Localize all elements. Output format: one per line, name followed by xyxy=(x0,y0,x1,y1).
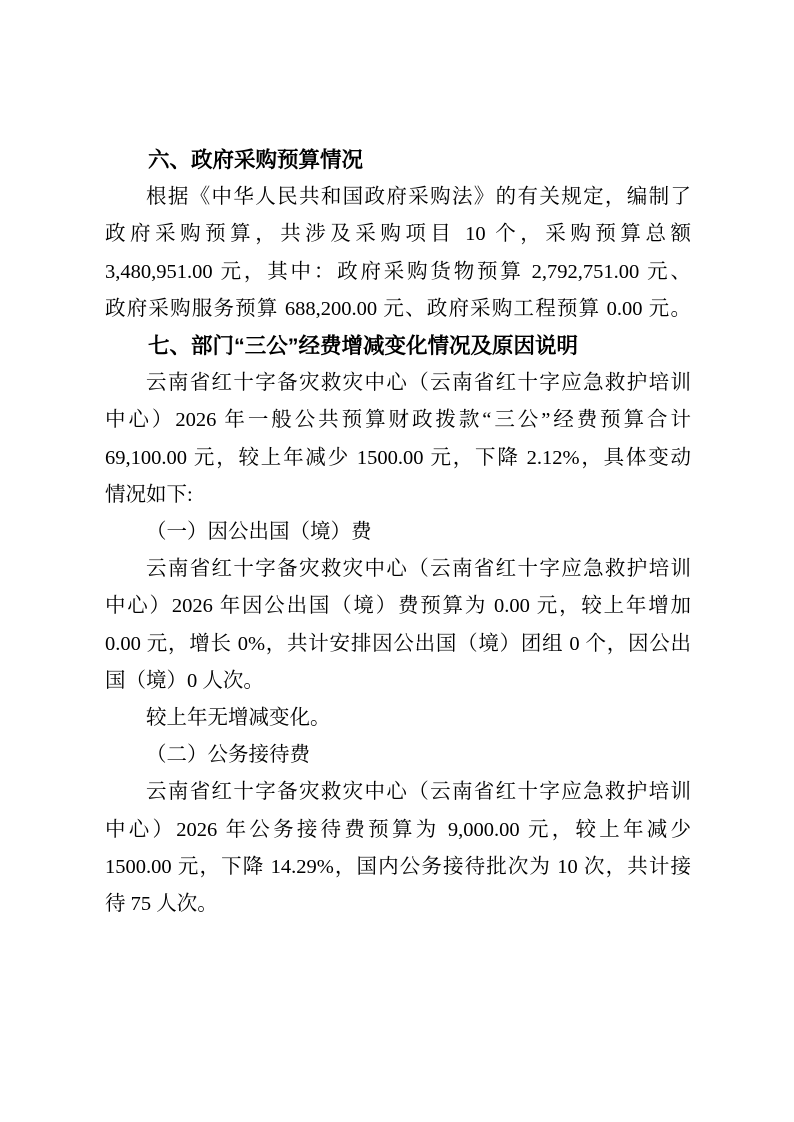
paragraph: 云南省红十字备灾救灾中心（云南省红十字应急救护培训 中心）2026 年公务接待费… xyxy=(105,774,691,923)
text-line: 待 75 人次。 xyxy=(105,886,691,923)
document-page: 六、政府采购预算情况 根据《中华人民共和国政府采购法》的有关规定，编制了 政府采… xyxy=(0,0,794,1122)
paragraph: 云南省红十字备灾救灾中心（云南省红十字应急救护培训 中心）2026 年因公出国（… xyxy=(105,551,691,700)
text-line: 云南省红十字备灾救灾中心（云南省红十字应急救护培训 xyxy=(105,551,691,588)
document-body: 六、政府采购预算情况 根据《中华人民共和国政府采购法》的有关规定，编制了 政府采… xyxy=(105,142,691,923)
section-7-heading: 七、部门“三公”经费增减变化情况及原因说明 xyxy=(105,328,691,365)
subsection-1-heading: （一）因公出国（境）费 xyxy=(105,514,691,551)
text-line: 根据《中华人民共和国政府采购法》的有关规定，编制了 xyxy=(105,179,691,216)
subsection-2-heading: （二）公务接待费 xyxy=(105,737,691,774)
text-line: 较上年无增减变化。 xyxy=(105,700,691,737)
text-line: 中心）2026 年因公出国（境）费预算为 0.00 元，较上年增加 xyxy=(105,588,691,625)
section-6-heading: 六、政府采购预算情况 xyxy=(105,142,691,179)
paragraph: 较上年无增减变化。 xyxy=(105,700,691,737)
text-line: 政府采购服务预算 688,200.00 元、政府采购工程预算 0.00 元。 xyxy=(105,291,691,328)
text-line: 1500.00 元，下降 14.29%，国内公务接待批次为 10 次，共计接 xyxy=(105,849,691,886)
text-line: 情况如下: xyxy=(105,477,691,514)
text-line: 云南省红十字备灾救灾中心（云南省红十字应急救护培训 xyxy=(105,365,691,402)
text-line: 政府采购预算，共涉及采购项目 10 个，采购预算总额 xyxy=(105,216,691,253)
text-line: 0.00 元，增长 0%，共计安排因公出国（境）团组 0 个，因公出 xyxy=(105,626,691,663)
text-line: 3,480,951.00 元，其中：政府采购货物预算 2,792,751.00 … xyxy=(105,254,691,291)
paragraph: 云南省红十字备灾救灾中心（云南省红十字应急救护培训 中心）2026 年一般公共预… xyxy=(105,365,691,514)
text-line: 中心）2026 年一般公共预算财政拨款“三公”经费预算合计 xyxy=(105,402,691,439)
text-line: 国（境）0 人次。 xyxy=(105,663,691,700)
text-line: 云南省红十字备灾救灾中心（云南省红十字应急救护培训 xyxy=(105,774,691,811)
text-line: 69,100.00 元，较上年减少 1500.00 元，下降 2.12%，具体变… xyxy=(105,440,691,477)
text-line: 中心）2026 年公务接待费预算为 9,000.00 元，较上年减少 xyxy=(105,812,691,849)
paragraph: 根据《中华人民共和国政府采购法》的有关规定，编制了 政府采购预算，共涉及采购项目… xyxy=(105,179,691,328)
